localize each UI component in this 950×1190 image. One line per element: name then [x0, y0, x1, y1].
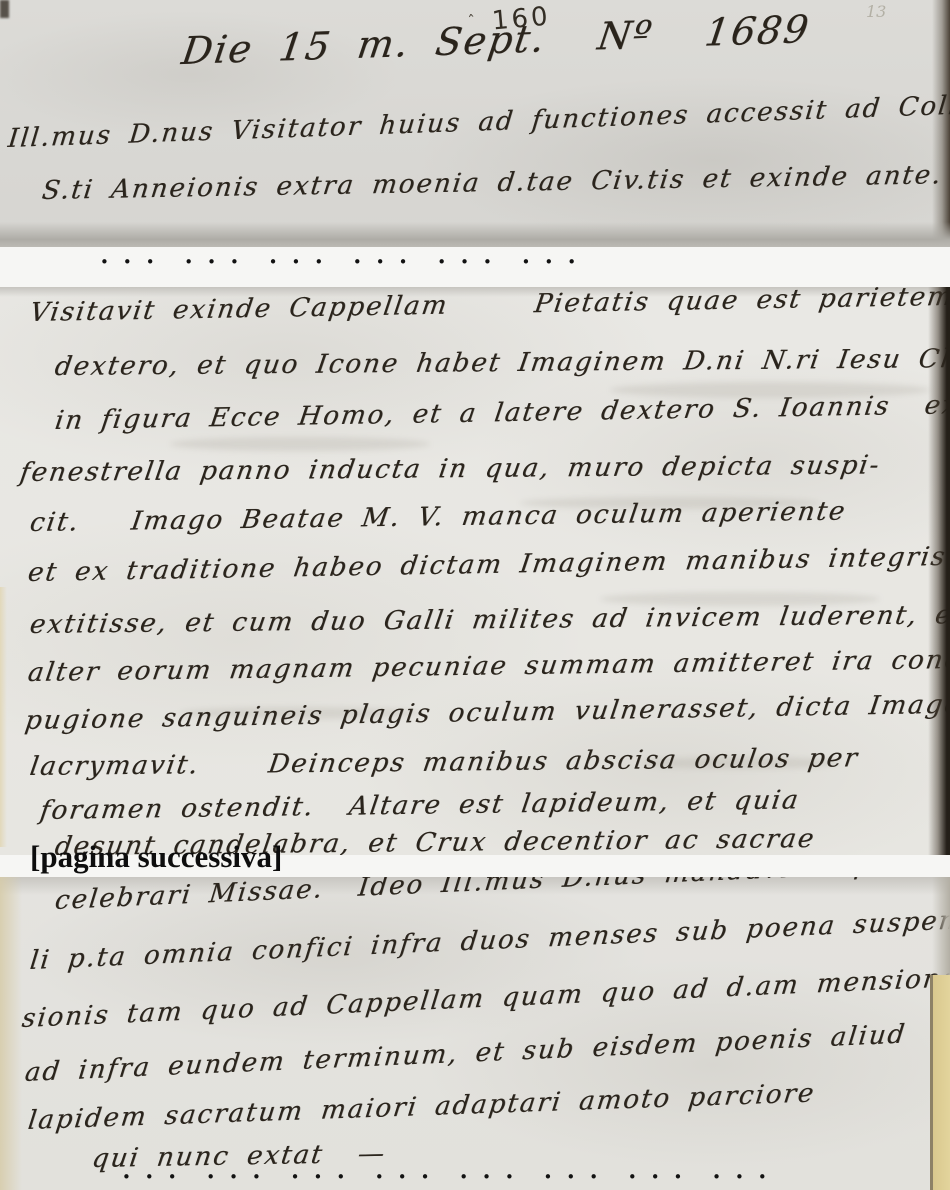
manuscript-section-top: 13 ˆ 160 Die 15 m. Sept. Nº 1689 Ill.mus… — [0, 0, 950, 247]
page-edge-tint — [0, 587, 7, 847]
folio-number: 13 — [866, 2, 886, 21]
page-edge-tint — [0, 877, 22, 1190]
handwritten-line: celebrari Missae. Ideo Ill.mus D.nus man… — [53, 877, 950, 915]
handwritten-line: fenestrella panno inducta in qua, muro d… — [18, 452, 882, 487]
handwritten-line: in figura Ecce Homo, et a latere dextero… — [53, 392, 950, 435]
manuscript-section-next-page: celebrari Missae. Ideo Ill.mus D.nus man… — [0, 877, 950, 1190]
handwritten-line: Visitavit exinde Cappellam Pietatis quae… — [28, 287, 950, 327]
handwritten-line: li p.ta omnia confici infra duos menses … — [28, 907, 950, 975]
page-edge-shadow-top — [932, 0, 950, 247]
manuscript-scan: 13 ˆ 160 Die 15 m. Sept. Nº 1689 Ill.mus… — [0, 0, 950, 1190]
handwritten-line: ad infra eundem terminum, et sub eisdem … — [23, 1021, 907, 1087]
handwritten-line: dextero, et quo Icone habet Imaginem D.n… — [53, 346, 950, 382]
handwritten-line: extitisse, et cum duo Galli milites ad i… — [28, 602, 950, 639]
handwritten-line: S.ti Anneionis extra moenia d.tae Civ.ti… — [40, 158, 950, 205]
omission-dots-bottom: ••• ••• ••• ••• ••• ••• ••• ••• — [122, 1170, 781, 1185]
ink-bleed-mark — [170, 437, 430, 451]
adjacent-page-edge — [930, 975, 950, 1190]
handwritten-line: cit. Imago Beatae M. V. manca oculum ape… — [28, 499, 848, 538]
manuscript-section-main: Visitavit exinde Cappellam Pietatis quae… — [0, 287, 950, 855]
page-corner-shadow — [0, 0, 9, 18]
handwritten-date-line: Die 15 m. Sept. Nº 1689 — [179, 10, 812, 72]
handwritten-line: lapidem sacratum maiori adaptari amoto p… — [26, 1080, 817, 1135]
handwritten-line: pugione sanguineis plagis oculum vulnera… — [23, 692, 950, 736]
handwritten-line: lacrymavit. Deinceps manibus abscisa ocu… — [28, 745, 861, 781]
handwritten-line: alter eorum magnam pecuniae summam amitt… — [26, 646, 950, 687]
handwritten-line: Ill.mus D.nus Visitator huius ad functio… — [7, 83, 950, 154]
scan-seam-shadow — [0, 222, 950, 247]
omission-dots-top: ••• ••• ••• ••• ••• ••• — [100, 255, 590, 270]
separator-band-top: ••• ••• ••• ••• ••• ••• — [0, 247, 950, 287]
handwritten-line: et ex traditione habeo dictam Imaginem m… — [26, 544, 948, 587]
page-break-label: [pagina successiva] — [30, 839, 282, 875]
handwritten-line: foramen ostendit. Altare est lapideum, e… — [38, 787, 802, 825]
